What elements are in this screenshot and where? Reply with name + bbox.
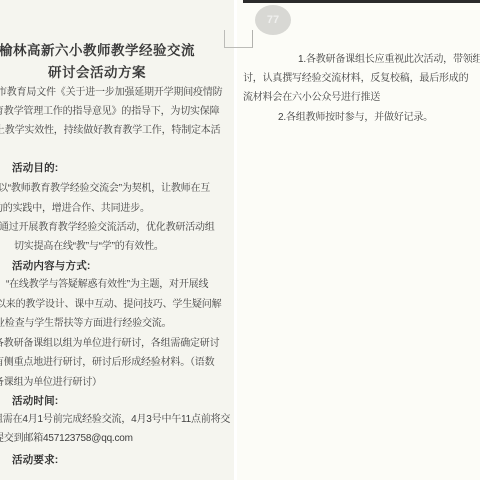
doc-line: 2.各组教师按时参与，并做好记录。	[278, 111, 433, 124]
doc-line: “在线教学与答疑解惑有效性”为主题，对开展线	[6, 278, 208, 291]
doc-line: 1.各教研备课组长应重视此次活动，带领组员认	[298, 53, 480, 66]
section-heading-content: 活动内容与方式:	[12, 260, 91, 273]
doc-line: 以“教师教育教学经验交流会”为契机，让教师在互	[0, 182, 210, 195]
section-heading-requirements: 活动要求:	[12, 454, 59, 467]
document-page-left: 榆林高新六小教师教学经验交流 研讨会活动方案 市教育局文件《关于进一步加强延期开…	[0, 0, 234, 480]
doc-line: 各教研备课组以组为单位进行研讨，各组需确定研讨	[0, 337, 219, 350]
doc-line: 动的实践中，增进合作、共同进步。	[0, 202, 150, 215]
doc-line: 讨，认真撰写经验交流材料，反复校稿，最后形成的	[243, 72, 468, 85]
doc-line: 育教学管理工作的指导意见》的指导下，为切实保障	[0, 105, 219, 118]
document-title-line2: 研讨会活动方案	[0, 62, 208, 84]
doc-line: 通过开展教育教学经验交流活动，优化教研活动组	[0, 221, 215, 234]
doc-line: 备课组为单位进行研讨）	[0, 376, 102, 389]
email-line: 提交到邮箱457123758@qq.com	[0, 432, 133, 445]
section-heading-time: 活动时间:	[12, 395, 59, 408]
section-heading-purpose: 活动目的:	[12, 162, 59, 175]
document-title-line1: 榆林高新六小教师教学经验交流	[0, 40, 208, 62]
page-top-border	[243, 0, 480, 3]
doc-line: 业检查与学生帮扶等方面进行经验交流。	[0, 317, 171, 330]
doc-line: 切实提高在线“教”与“学”的有效性。	[14, 240, 164, 253]
views-badge: 77	[255, 5, 291, 35]
crop-corner-mark	[224, 30, 253, 48]
doc-line: 有侧重点地进行研讨，研讨后形成经验材料。（语数	[0, 356, 214, 369]
doc-line: 流材料会在六小公众号进行推送	[243, 91, 380, 104]
doc-line: 上教学实效性，持续做好教育教学工作，特制定本活	[0, 124, 220, 137]
document-page-right: 77 1.各教研备课组长应重视此次活动，带领组员认 讨，认真撰写经验交流材料，反…	[237, 0, 480, 480]
doc-line: 市教育局文件《关于进一步加强延期开学期间疫情防	[0, 86, 222, 99]
screenshot-canvas: 榆林高新六小教师教学经验交流 研讨会活动方案 市教育局文件《关于进一步加强延期开…	[0, 0, 480, 480]
doc-line: 组需在4月1号前完成经验交流，4月3号中午11点前将交	[0, 413, 230, 426]
doc-line: 以来的教学设计、课中互动、提问技巧、学生疑问解	[0, 298, 221, 311]
document-title: 榆林高新六小教师教学经验交流 研讨会活动方案	[0, 40, 208, 84]
views-badge-label: 77	[267, 14, 279, 26]
